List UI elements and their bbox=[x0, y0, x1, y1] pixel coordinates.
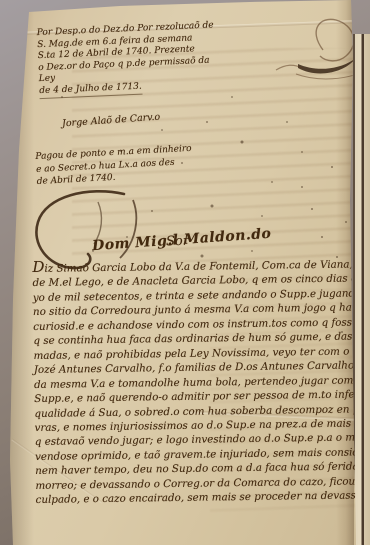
manuscript-page: Por Desp.o do Dez.do Por rezolucaõ de S.… bbox=[0, 0, 370, 545]
salutation: Sor bbox=[166, 234, 189, 250]
petition-body: Diz Simaõ Garcia Lobo da V.a de Fontemil… bbox=[32, 254, 370, 508]
adjacent-page-edge bbox=[353, 34, 370, 545]
dispatch-note: Por Desp.o do Dez.do Por rezolucaõ de S.… bbox=[37, 20, 230, 99]
photo-background: Por Desp.o do Dez.do Por rezolucaõ de S.… bbox=[0, 0, 370, 545]
ink-specks bbox=[0, 0, 2, 2]
